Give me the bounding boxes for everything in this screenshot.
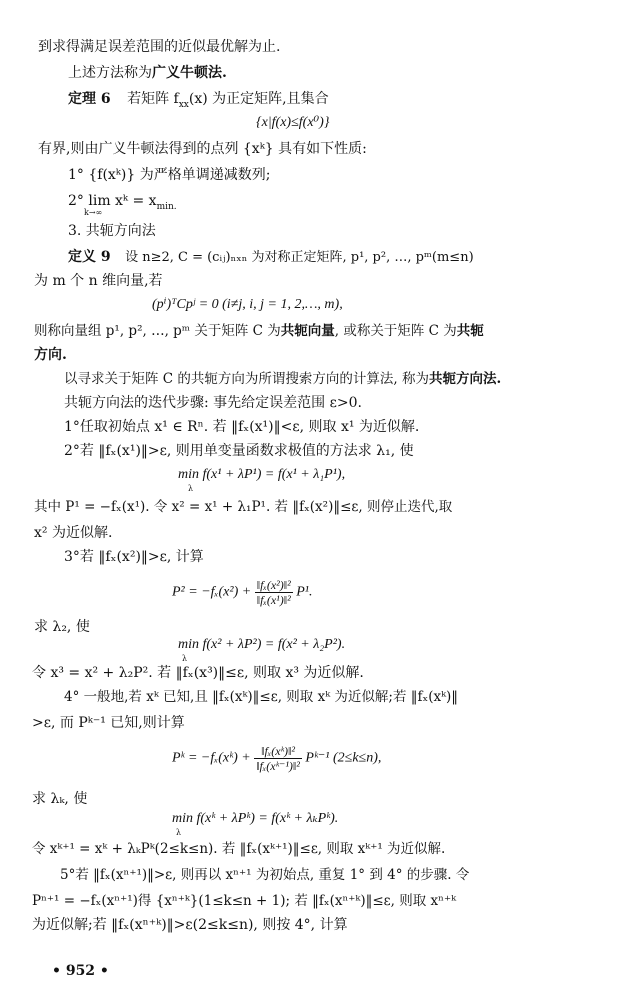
paragraph-line: 求 λₖ, 使 xyxy=(32,790,87,808)
step-line: 5°若 ‖fₓ(xⁿ⁺¹)‖>ε, 则再以 xⁿ⁺¹ 为初始点, 重复 1° 到… xyxy=(60,866,469,884)
step-line: 4° 一般地,若 xᵏ 已知,且 ‖fₓ(xᵏ)‖≤ε, 则取 xᵏ 为近似解;… xyxy=(64,688,458,706)
definition-line: 定义 9 设 n≥2, C = (cᵢⱼ)ₙₓₙ 为对称正定矩阵, p¹, p²… xyxy=(68,248,474,267)
paragraph-line: 求 λ₂, 使 xyxy=(34,618,90,636)
step-line: 3°若 ‖fₓ(x²)‖>ε, 计算 xyxy=(64,548,204,566)
paragraph-line: 则称向量组 p¹, p², …, pᵐ 关于矩阵 C 为共轭向量, 或称关于矩阵… xyxy=(34,322,484,340)
theorem-line: 定理 6 若矩阵 fxx(x) 为正定矩阵,且集合 xyxy=(68,90,329,114)
fraction: ‖fₓ(xᵏ)‖²‖fₓ(xᵏ⁻¹)‖² xyxy=(254,744,302,773)
paragraph-line: 其中 P¹ = −fₓ(x¹). 令 x² = x¹ + λ₁P¹. 若 ‖fₓ… xyxy=(34,498,452,516)
min-subscript: λ xyxy=(188,484,193,494)
paragraph-line: 以寻求关于矩阵 C 的共轭方向为所谓搜索方向的计算法, 称为共轭方向法. xyxy=(64,370,501,388)
limit-subscript: k→∞ xyxy=(84,208,102,218)
fraction: ‖fₓ(x²)‖²‖fₓ(x¹)‖² xyxy=(255,578,293,607)
list-item: 1° {f(xᵏ)} 为严格单调递减数列; xyxy=(68,166,270,184)
paragraph-line: 为 m 个 n 维向量,若 xyxy=(34,272,163,290)
paragraph-line: 有界,则由广义牛顿法得到的点列 {xᵏ} 具有如下性质: xyxy=(38,140,367,158)
min-subscript: λ xyxy=(176,828,181,838)
paragraph-line: 共轭方向法的迭代步骤: 事先给定误差范围 ε>0. xyxy=(64,394,362,412)
step-line: 1°任取初始点 x¹ ∈ Rⁿ. 若 ‖fₓ(x¹)‖<ε, 则取 x¹ 为近似… xyxy=(64,418,419,436)
paragraph-line: 上述方法称为广义牛顿法. xyxy=(68,64,227,82)
paragraph-line: 为近似解;若 ‖fₓ(xⁿ⁺ᵏ)‖>ε(2≤k≤n), 则按 4°, 计算 xyxy=(32,916,348,934)
theorem-label: 定理 6 xyxy=(68,91,111,107)
formula: min f(x² + λP²) = f(x² + λ₂P²). xyxy=(178,636,345,654)
paragraph-line: 令 x³ = x² + λ₂P². 若 ‖fₓ(x³)‖≤ε, 则取 x³ 为近… xyxy=(32,664,364,682)
section-heading: 3. 共轭方向法 xyxy=(68,222,156,240)
formula: {x|f(x)≤f(x⁰)} xyxy=(256,114,329,132)
term-bold: 广义牛顿法. xyxy=(152,65,227,81)
formula: min f(xᵏ + λPᵏ) = f(xᵏ + λₖPᵏ). xyxy=(172,810,338,828)
formula: P² = −fₓ(x²) + ‖fₓ(x²)‖²‖fₓ(x¹)‖² P¹. xyxy=(172,578,312,607)
step-line: 2°若 ‖fₓ(x¹)‖>ε, 则用单变量函数求极值的方法求 λ₁, 使 xyxy=(64,442,414,460)
min-subscript: λ xyxy=(182,654,187,664)
page-number: • 952 • xyxy=(52,962,109,980)
formula: min f(x¹ + λP¹) = f(x¹ + λ₁P¹), xyxy=(178,466,345,484)
paragraph-line: >ε, 而 Pᵏ⁻¹ 已知,则计算 xyxy=(32,714,185,732)
paragraph-line: 方向. xyxy=(34,346,67,364)
formula: (pⁱ)ᵀCpʲ = 0 (i≠j, i, j = 1, 2,…, m), xyxy=(152,296,343,314)
definition-label: 定义 9 xyxy=(68,249,111,265)
paragraph-line: x² 为近似解. xyxy=(34,524,112,542)
paragraph-line: 令 xᵏ⁺¹ = xᵏ + λₖPᵏ(2≤k≤n). 若 ‖fₓ(xᵏ⁺¹)‖≤… xyxy=(32,840,445,858)
paragraph-line: 到求得满足误差范围的近似最优解为止. xyxy=(38,38,280,56)
formula: Pᵏ = −fₓ(xᵏ) + ‖fₓ(xᵏ)‖²‖fₓ(xᵏ⁻¹)‖² Pᵏ⁻¹… xyxy=(172,744,381,773)
paragraph-line: Pⁿ⁺¹ = −fₓ(xⁿ⁺¹)得 {xⁿ⁺ᵏ}(1≤k≤n + 1); 若 ‖… xyxy=(32,892,456,910)
